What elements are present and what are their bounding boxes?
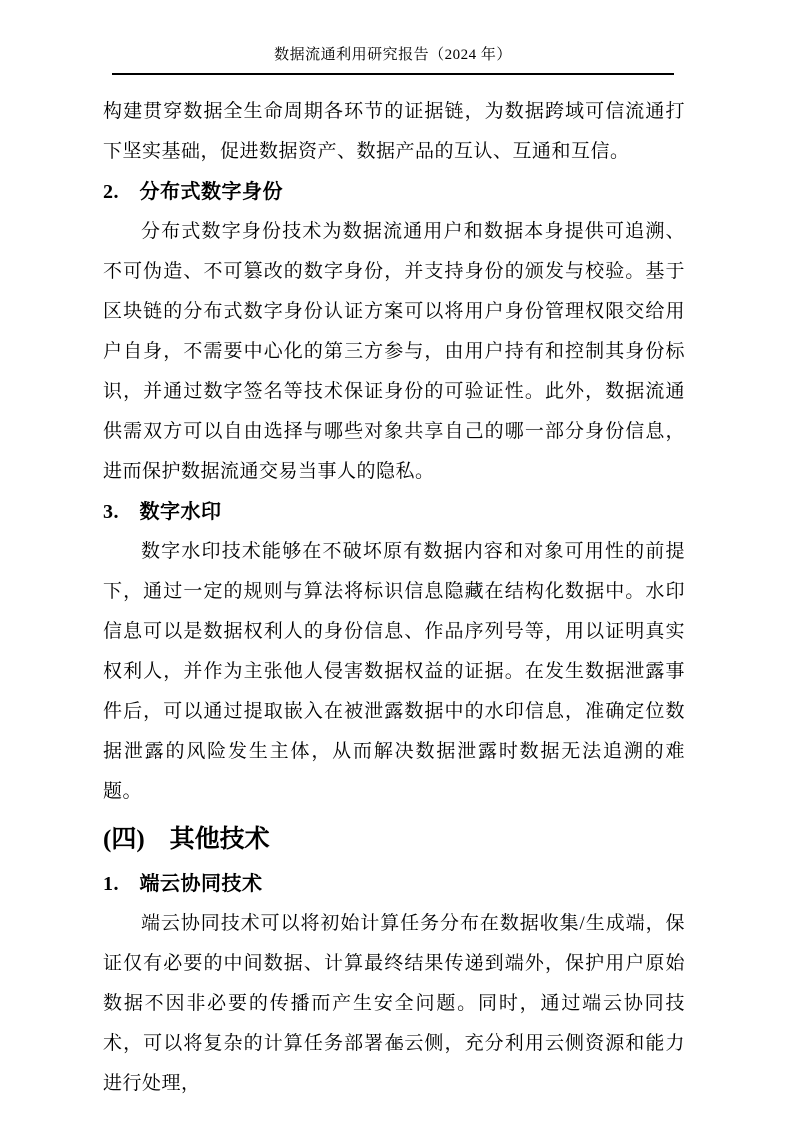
document-body: 构建贯穿数据全生命周期各环节的证据链，为数据跨域可信流通打下坚实基础，促进数据资… <box>103 92 685 1104</box>
page-footer: 15 <box>0 1036 793 1054</box>
heading-device-cloud-collaboration: 1. 端云协同技术 <box>103 864 685 904</box>
heading-digital-watermark: 3. 数字水印 <box>103 492 685 532</box>
page-header: 数据流通利用研究报告（2024 年） <box>112 44 674 75</box>
heading-other-technologies: (四) 其他技术 <box>103 816 685 864</box>
paragraph-digital-watermark: 数字水印技术能够在不破坏原有数据内容和对象可用性的前提下，通过一定的规则与算法将… <box>103 532 685 812</box>
paragraph-evidence-chain: 构建贯穿数据全生命周期各环节的证据链，为数据跨域可信流通打下坚实基础，促进数据资… <box>103 92 685 172</box>
document-page: 数据流通利用研究报告（2024 年） 构建贯穿数据全生命周期各环节的证据链，为数… <box>0 0 793 1122</box>
page-number: 15 <box>390 1037 404 1052</box>
paragraph-device-cloud-collaboration: 端云协同技术可以将初始计算任务分布在数据收集/生成端，保证仅有必要的中间数据、计… <box>103 904 685 1104</box>
paragraph-distributed-digital-identity: 分布式数字身份技术为数据流通用户和数据本身提供可追溯、不可伪造、不可篡改的数字身… <box>103 212 685 492</box>
heading-distributed-digital-identity: 2. 分布式数字身份 <box>103 172 685 212</box>
header-title: 数据流通利用研究报告（2024 年） <box>274 47 512 63</box>
